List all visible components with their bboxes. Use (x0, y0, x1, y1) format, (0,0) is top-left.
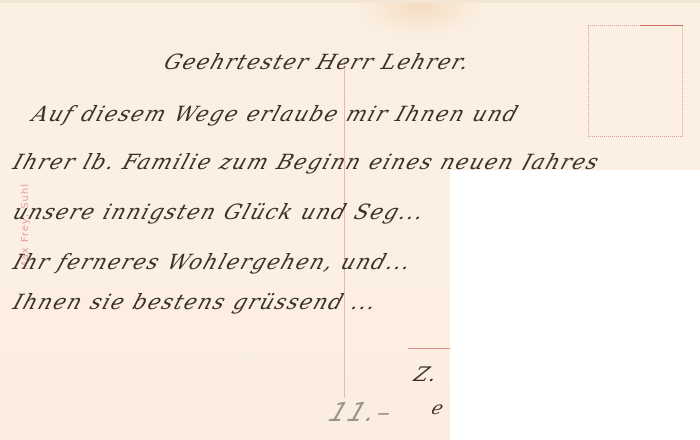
address-fragment: Z. (411, 362, 442, 386)
stamp-box-top-rule (640, 25, 683, 26)
address-line (408, 348, 450, 349)
address-fragment-2: e (429, 398, 448, 419)
message-line-5: Ihnen sie bestens grüssend ... (10, 290, 381, 314)
card-top-edge (0, 0, 700, 3)
redacted-area (450, 170, 700, 440)
postcard: Max Frey, Suhl Geehrtester Herr Lehrer. … (0, 0, 700, 440)
greeting-line: Geehrtester Herr Lehrer. (161, 50, 473, 74)
pencil-price-mark: 11.– (325, 398, 398, 428)
message-line-1: Auf diesem Wege erlaube mir Ihnen und (29, 102, 522, 126)
message-line-4: Ihr ferneres Wohlergehen, und... (10, 250, 415, 274)
message-line-3: unsere innigsten Glück und Seg... (10, 200, 428, 224)
stamp-box (588, 25, 683, 137)
